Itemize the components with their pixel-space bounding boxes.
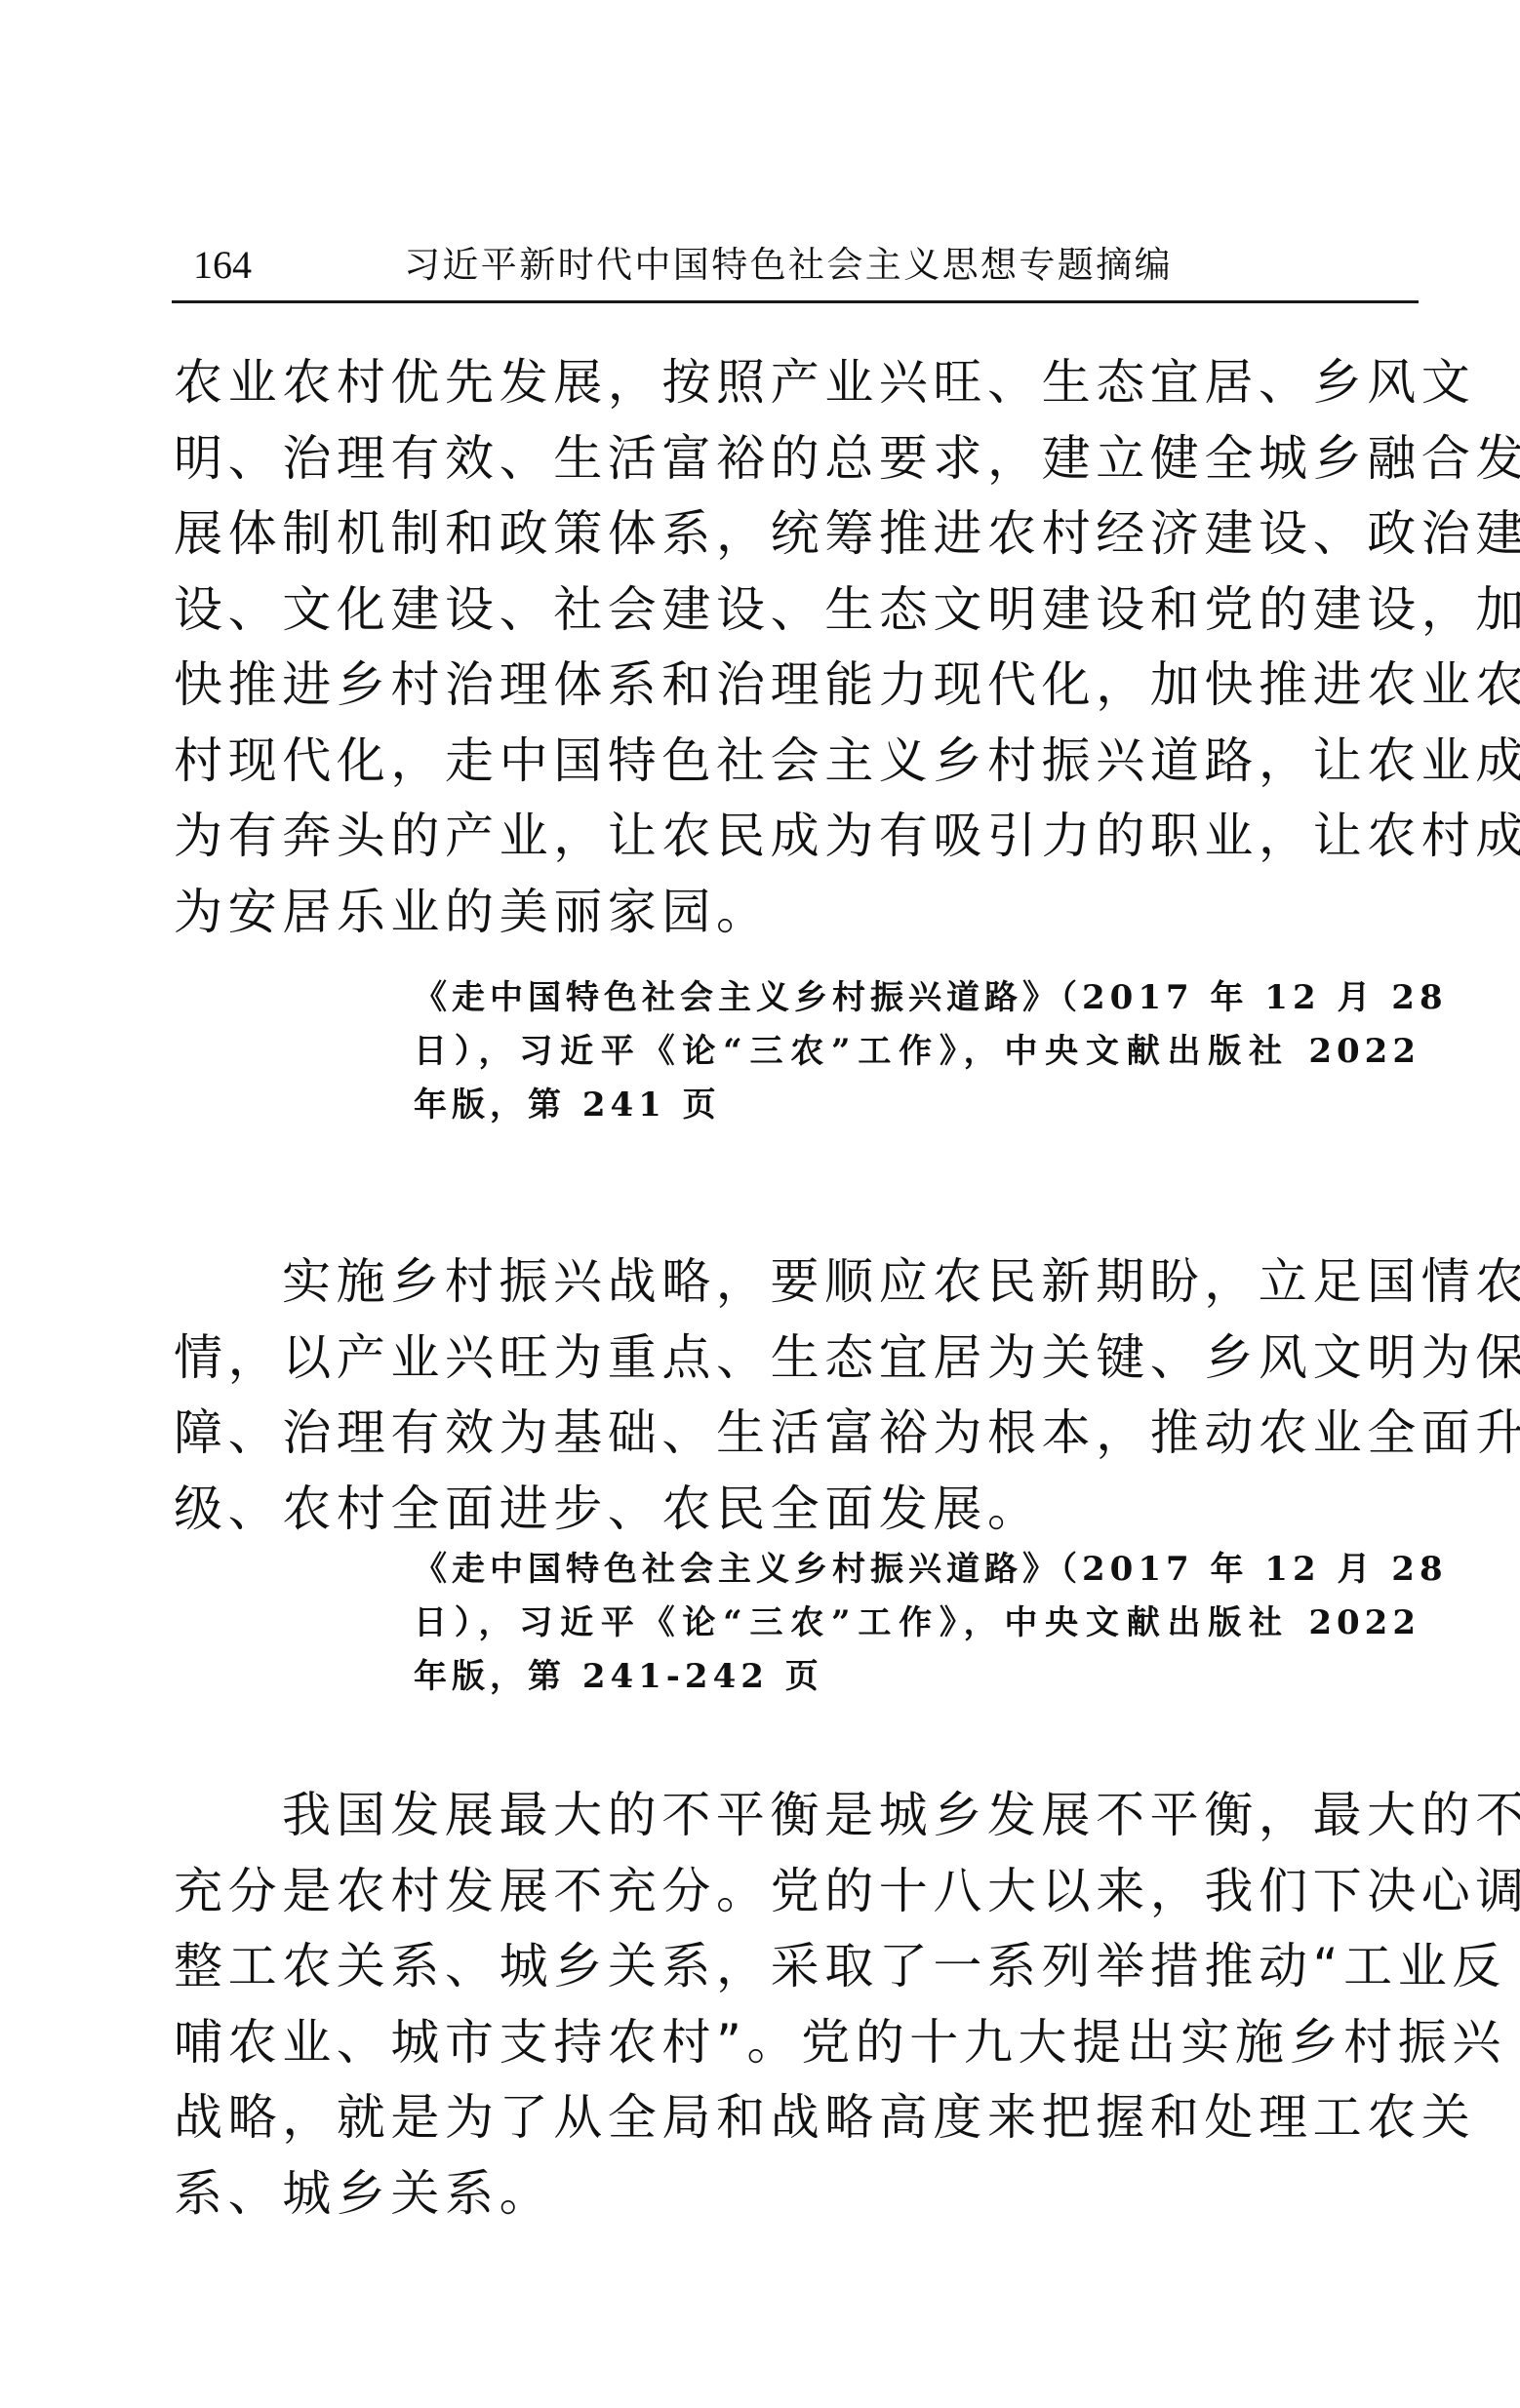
paragraph-2: 实施乡村振兴战略，要顺应农民新期盼，立足国情农 情，以产业兴旺为重点、生态宜居为… [174,1244,1424,1547]
paragraph-1: 农业农村优先发展，按照产业兴旺、生态宜居、乡风文 明、治理有效、生活富裕的总要求… [174,345,1424,950]
paragraph-line: 障、治理有效为基础、生活富裕为根本，推动农业全面升 [174,1396,1424,1472]
paragraph-line: 展体制机制和政策体系，统筹推进农村经济建设、政治建 [174,496,1424,572]
paragraph-line: 情，以产业兴旺为重点、生态宜居为关键、乡风文明为保 [174,1321,1424,1397]
paragraph-line: 哺农业、城市支持农村”。党的十九大提出实施乡村振兴 [174,2005,1424,2081]
paragraph-line: 整工农关系、城乡关系，采取了一系列举措推动“工业反 [174,1929,1424,2005]
paragraph-line: 实施乡村振兴战略，要顺应农民新期盼，立足国情农 [174,1244,1424,1321]
citation-line: 年版，第 241-242 页 [414,1650,1420,1704]
paragraph-line: 快推进乡村治理体系和治理能力现代化，加快推进农业农 [174,648,1424,724]
paragraph-line: 级、农村全面进步、农民全面发展。 [174,1472,1424,1548]
paragraph-line: 村现代化，走中国特色社会主义乡村振兴道路，让农业成 [174,724,1424,800]
page-number: 164 [193,242,252,289]
citation-line: 《走中国特色社会主义乡村振兴道路》（2017 年 12 月 28 [414,971,1420,1025]
paragraph-3: 我国发展最大的不平衡是城乡发展不平衡，最大的不 充分是农村发展不充分。党的十八大… [174,1778,1424,2231]
paragraph-line: 农业农村优先发展，按照产业兴旺、生态宜居、乡风文 [174,345,1424,421]
page-header: 164 习近平新时代中国特色社会主义思想专题摘编 [172,234,1419,303]
citation-2: 《走中国特色社会主义乡村振兴道路》（2017 年 12 月 28 日），习近平《… [414,1543,1420,1704]
running-title: 习近平新时代中国特色社会主义思想专题摘编 [404,242,1173,289]
paragraph-line: 明、治理有效、生活富裕的总要求，建立健全城乡融合发 [174,421,1424,497]
citation-line: 日），习近平《论“三农”工作》，中央文献出版社 2022 [414,1597,1420,1650]
citation-line: 日），习近平《论“三农”工作》，中央文献出版社 2022 [414,1025,1420,1079]
paragraph-line: 设、文化建设、社会建设、生态文明建设和党的建设，加 [174,572,1424,649]
citation-line: 《走中国特色社会主义乡村振兴道路》（2017 年 12 月 28 [414,1543,1420,1597]
citation-line: 年版，第 241 页 [414,1079,1420,1132]
paragraph-line: 系、城乡关系。 [174,2156,1424,2232]
paragraph-line: 战略，就是为了从全局和战略高度来把握和处理工农关 [174,2080,1424,2156]
paragraph-line: 为安居乐业的美丽家园。 [174,875,1424,951]
paragraph-line: 充分是农村发展不充分。党的十八大以来，我们下决心调 [174,1854,1424,1930]
paragraph-line: 我国发展最大的不平衡是城乡发展不平衡，最大的不 [174,1778,1424,1854]
paragraph-line: 为有奔头的产业，让农民成为有吸引力的职业，让农村成 [174,799,1424,875]
citation-1: 《走中国特色社会主义乡村振兴道路》（2017 年 12 月 28 日），习近平《… [414,971,1420,1132]
